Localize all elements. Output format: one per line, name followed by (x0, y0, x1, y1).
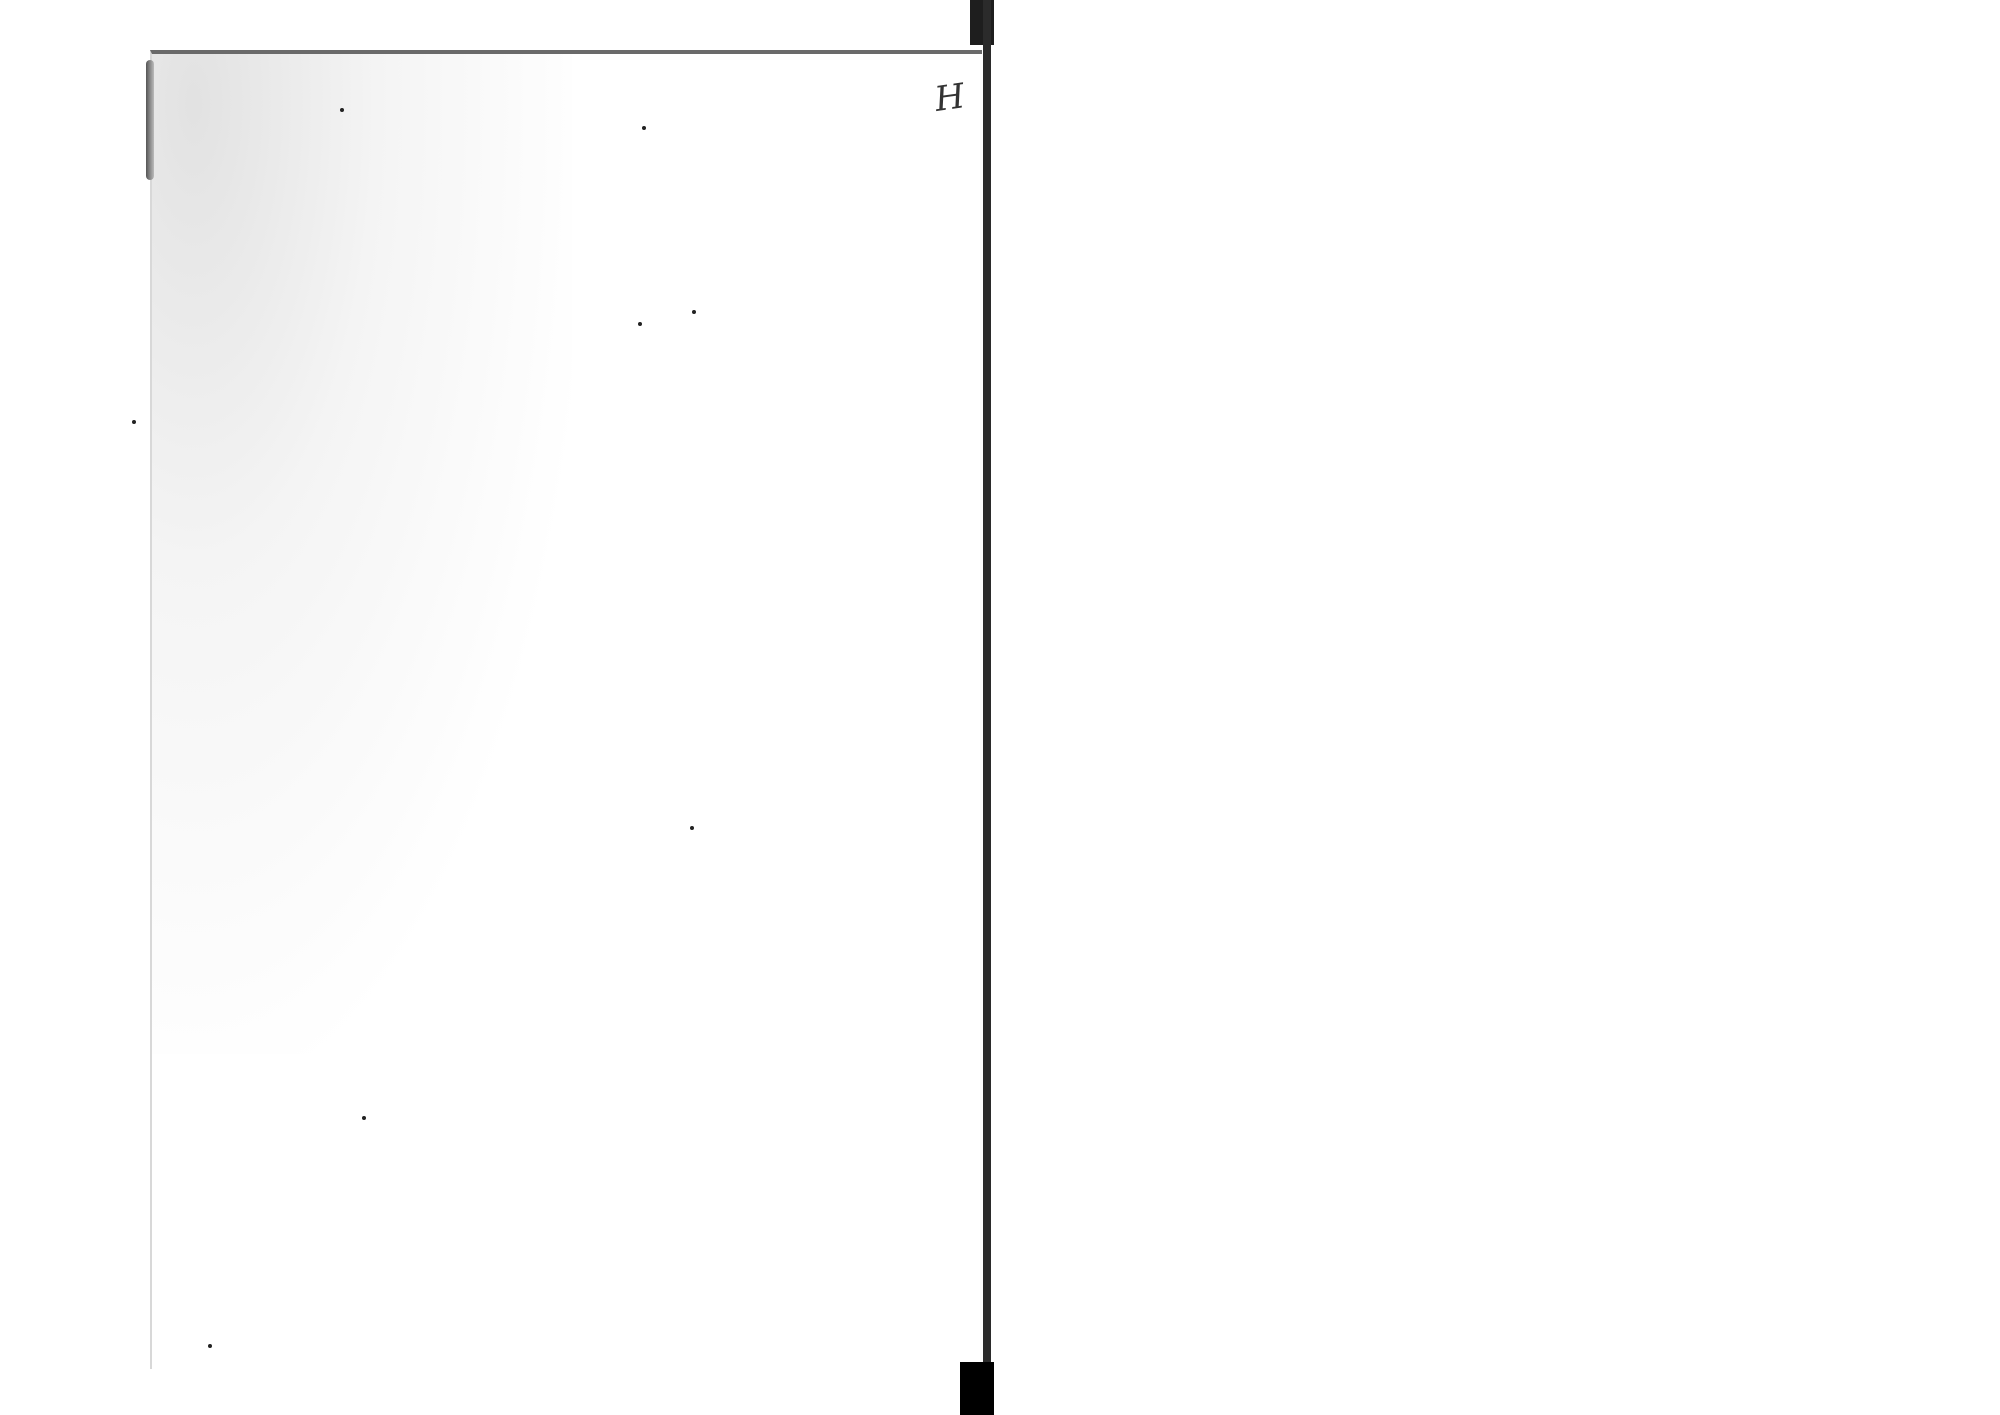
scan-shading (152, 54, 572, 1054)
speck (340, 108, 344, 112)
page-corner-curl (146, 60, 154, 180)
handwritten-mark: H (932, 76, 967, 120)
speck (690, 826, 694, 830)
binding-spine (983, 0, 991, 1415)
speck (642, 126, 646, 130)
speck (132, 420, 136, 424)
speck (362, 1116, 366, 1120)
speck (208, 1344, 212, 1348)
spine-bottom-shadow (960, 1362, 994, 1415)
speck (692, 310, 696, 314)
scanned-page (150, 50, 982, 1369)
speck (638, 322, 642, 326)
